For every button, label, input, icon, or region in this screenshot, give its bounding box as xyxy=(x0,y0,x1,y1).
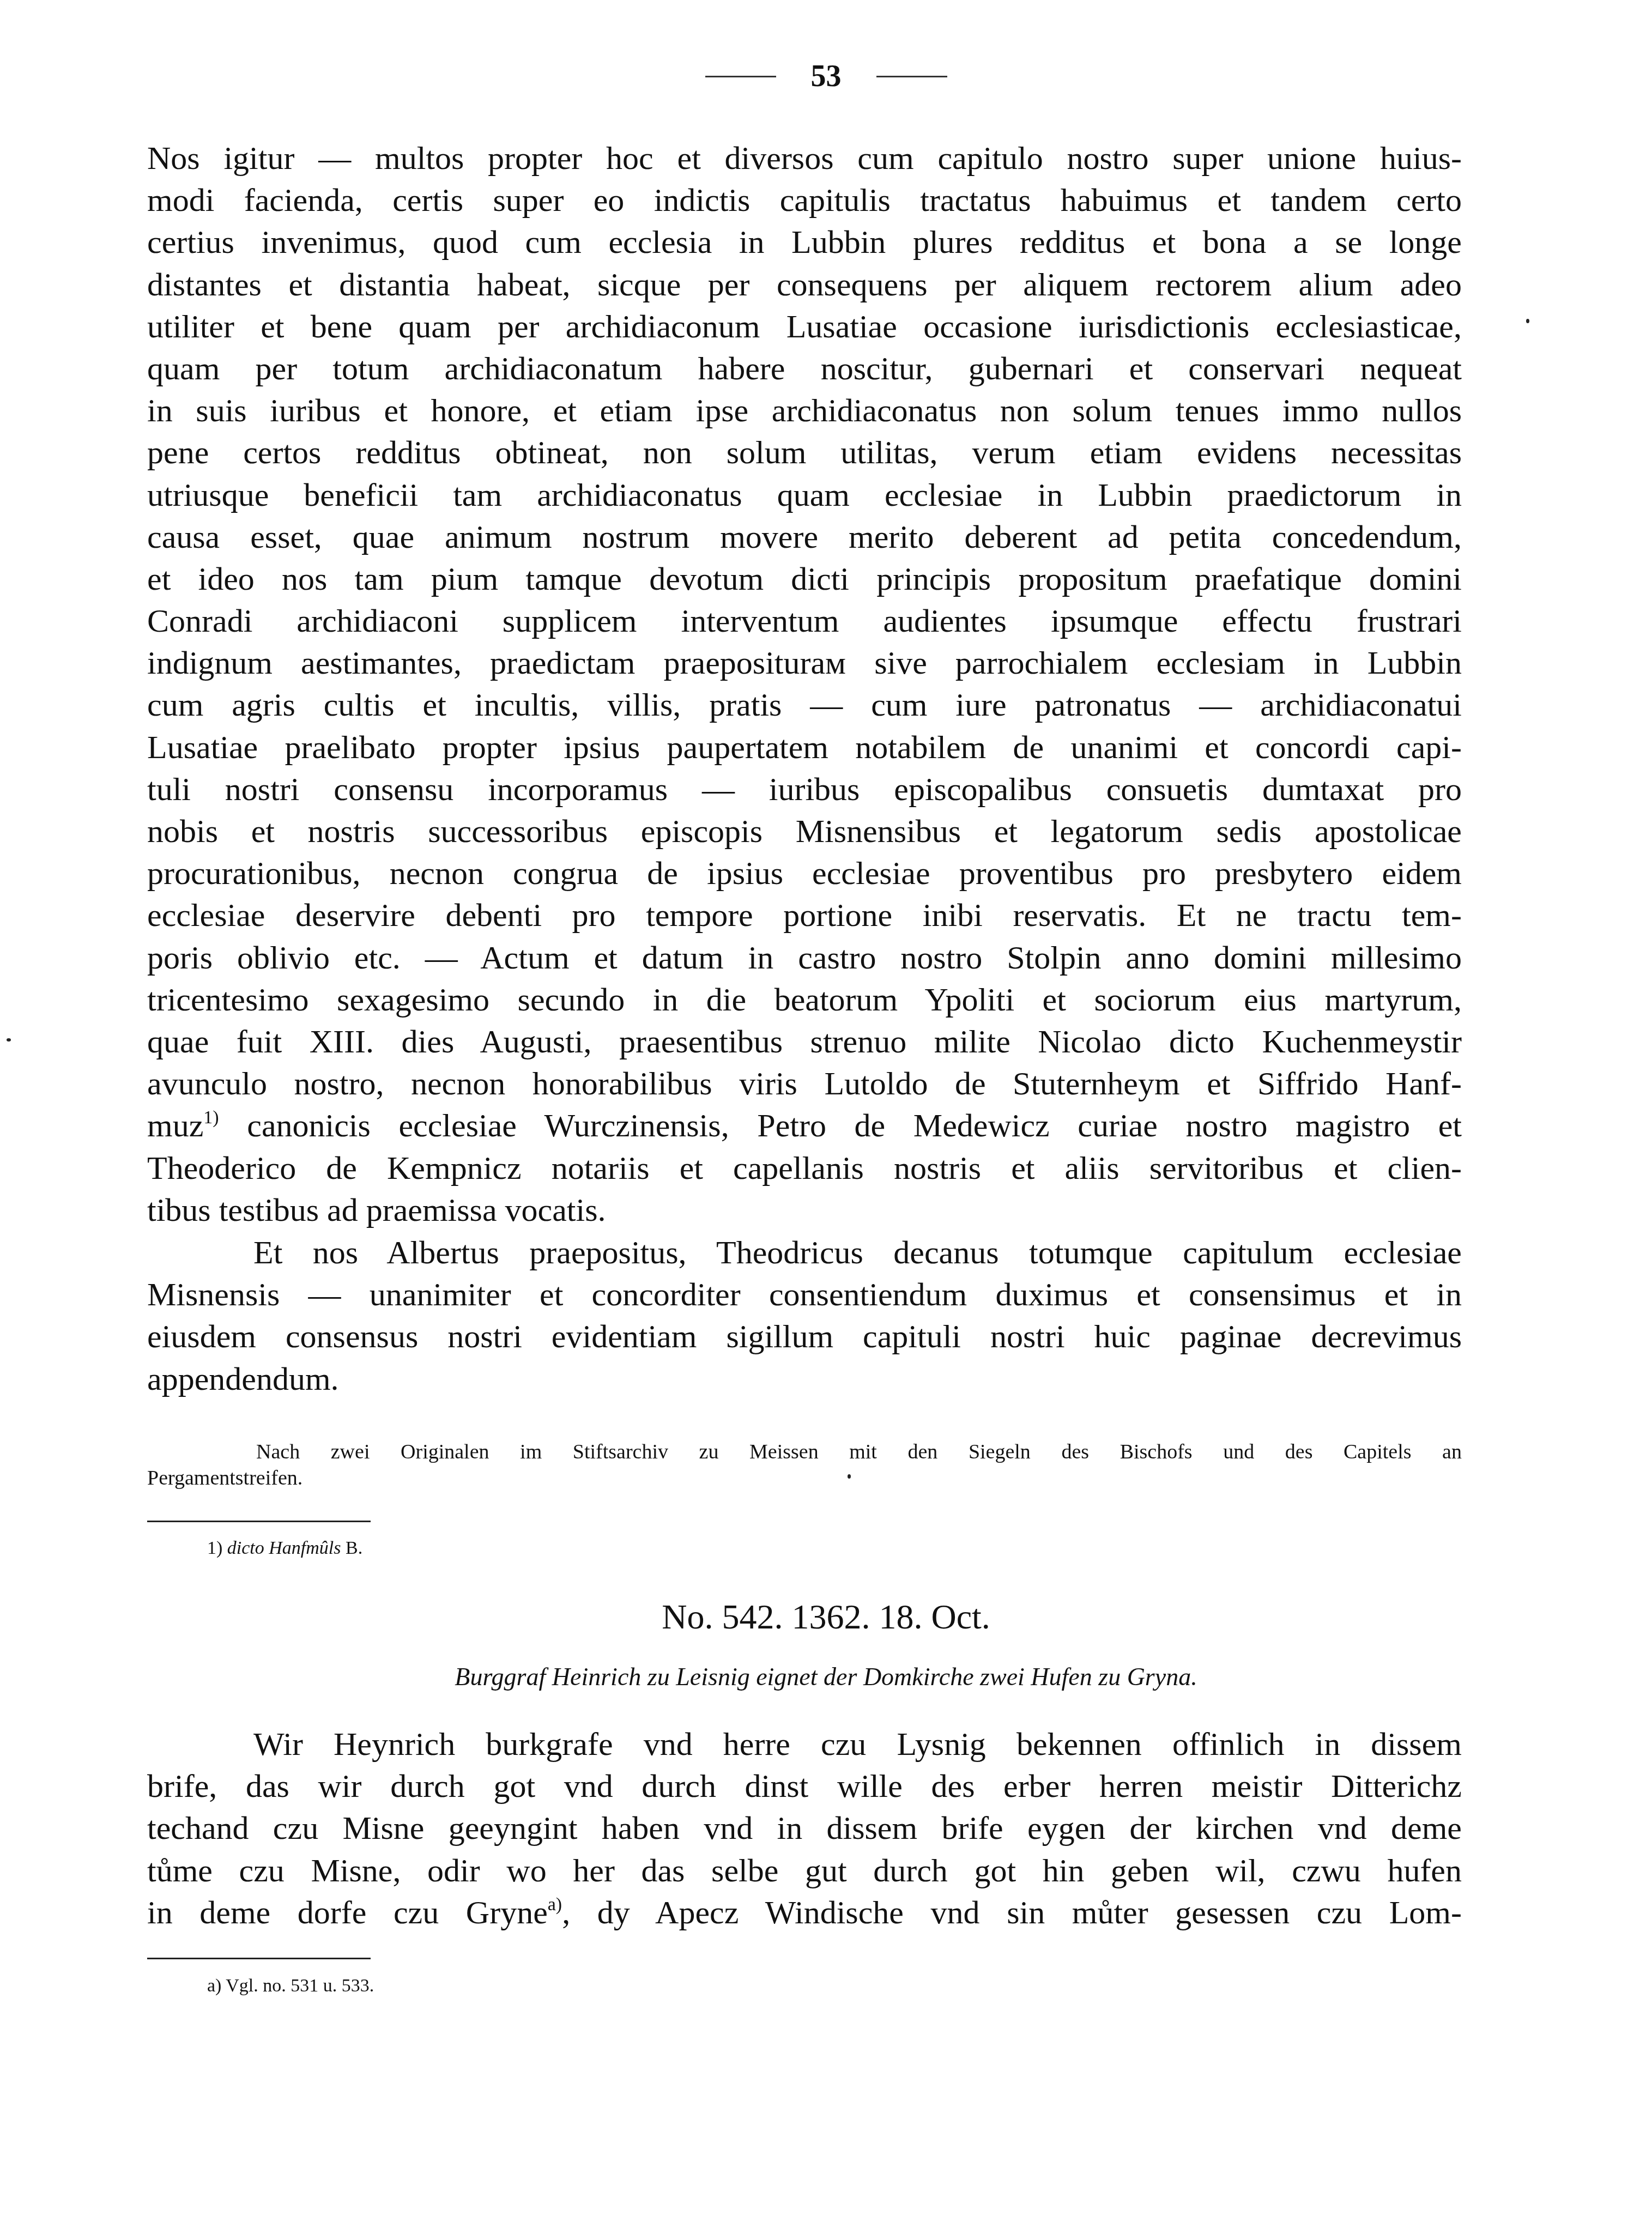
text-line: ecclesiae deservire debenti pro tempore … xyxy=(147,894,1462,936)
footnote-variant: dicto Hanfmûls xyxy=(227,1538,341,1558)
text-line: Misnensis — unanimiter et concorditer co… xyxy=(147,1274,1462,1316)
text-line: Et nos Albertus praepositus, Theodricus … xyxy=(147,1232,1462,1274)
text-line-with-footnote-ref: in deme dorfe czu Grynea), dy Apecz Wind… xyxy=(147,1892,1462,1934)
text-line: quae fuit XIII. dies Augusti, praesentib… xyxy=(147,1021,1462,1063)
text-line: certius invenimus, quod cum ecclesia in … xyxy=(147,221,1462,263)
page-number: 53 xyxy=(811,59,842,93)
text-line: quam per totum archidiaconatum habere no… xyxy=(147,348,1462,390)
text-line: avunculo nostro, necnon honorabilibus vi… xyxy=(147,1063,1462,1105)
charter-heading: No. 542. 1362. 18. Oct. xyxy=(0,1597,1652,1637)
text-line: techand czu Misne geeyngint haben vnd in… xyxy=(147,1807,1462,1849)
text-line: Theoderico de Kempnicz notariis et capel… xyxy=(147,1147,1462,1189)
charter-regest: Burggraf Heinrich zu Leisnig eignet der … xyxy=(0,1662,1652,1691)
text-line: indignum aestimantes, praedictam praepos… xyxy=(147,642,1462,684)
text-line-with-footnote-ref: muz1) canonicis ecclesiae Wurczinensis, … xyxy=(147,1105,1462,1147)
text-line: poris oblivio etc. — Actum et datum in c… xyxy=(147,937,1462,979)
text-line: nobis et nostris successoribus episcopis… xyxy=(147,810,1462,852)
text-line: utriusque beneficii tam archidiaconatus … xyxy=(147,474,1462,516)
footnote-text: Vgl. no. 531 u. 533. xyxy=(221,1976,374,1996)
text-segment: , dy Apecz Windische vnd sin můter geses… xyxy=(562,1894,1462,1930)
footnote-divider xyxy=(147,1521,371,1522)
text-line: procurationibus, necnon congrua de ipsiu… xyxy=(147,852,1462,894)
footnote-a: a) Vgl. no. 531 u. 533. xyxy=(207,1976,374,1996)
text-line: appendendum. xyxy=(147,1358,1462,1400)
text-line: in suis iuribus et honore, et etiam ipse… xyxy=(147,390,1462,432)
footnote-ref-a[interactable]: a) xyxy=(548,1894,562,1915)
running-head: 53 xyxy=(0,59,1652,94)
text-line: cum agris cultis et incultis, villis, pr… xyxy=(147,684,1462,726)
footnote-marker: a) xyxy=(207,1976,221,1996)
scan-speck xyxy=(1526,319,1529,323)
text-line: distantes et distantia habeat, sicque pe… xyxy=(147,264,1462,306)
footnote-divider xyxy=(147,1958,371,1959)
footnote-marker: 1) xyxy=(207,1538,222,1558)
text-line: brife, das wir durch got vnd durch dinst… xyxy=(147,1765,1462,1807)
text-line: tůme czu Misne, odir wo her das selbe gu… xyxy=(147,1850,1462,1892)
text-line: modi facienda, certis super eo indictis … xyxy=(147,179,1462,221)
text-line: et ideo nos tam pium tamque devotum dict… xyxy=(147,558,1462,600)
text-line: tibus testibus ad praemissa vocatis. xyxy=(147,1189,1462,1231)
text-line: causa esset, quae animum nostrum movere … xyxy=(147,516,1462,558)
header-rule-right xyxy=(876,76,947,77)
text-line: pene certos redditus obtineat, non solum… xyxy=(147,432,1462,474)
charter-541-paragraph-2: Et nos Albertus praepositus, Theodricus … xyxy=(147,1232,1462,1400)
charter-542-text: Wir Heynrich burkgrafe vnd herre czu Lys… xyxy=(147,1723,1462,1934)
text-line: Conradi archidiaconi supplicem intervent… xyxy=(147,600,1462,642)
book-page: 53 Nos igitur — multos propter hoc et di… xyxy=(0,0,1652,2216)
text-segment: canonicis ecclesiae Wurczinensis, Petro … xyxy=(219,1107,1462,1143)
text-segment: in deme dorfe czu Gryne xyxy=(147,1894,548,1930)
text-line: utiliter et bene quam per archidiaconum … xyxy=(147,306,1462,348)
footnote-siglum: B. xyxy=(341,1538,363,1558)
header-rule-left xyxy=(705,76,776,77)
text-line: Nos igitur — multos propter hoc et diver… xyxy=(147,137,1462,179)
scan-speck xyxy=(7,1038,11,1042)
source-note-line: Nach zwei Originalen im Stiftsarchiv zu … xyxy=(147,1439,1462,1465)
scan-speck xyxy=(848,1474,851,1479)
text-line: eiusdem consensus nostri evidentiam sigi… xyxy=(147,1316,1462,1358)
footnote-ref-1[interactable]: 1) xyxy=(203,1107,219,1128)
text-segment: muz xyxy=(147,1107,203,1143)
footnote-1: 1) dicto Hanfmûls B. xyxy=(207,1538,362,1559)
text-line: tricentesimo sexagesimo secundo in die b… xyxy=(147,979,1462,1021)
text-line: tuli nostri consensu incorporamus — iuri… xyxy=(147,768,1462,810)
source-note: Nach zwei Originalen im Stiftsarchiv zu … xyxy=(147,1439,1462,1491)
source-note-line: Pergamentstreifen. xyxy=(147,1465,1462,1491)
text-line: Wir Heynrich burkgrafe vnd herre czu Lys… xyxy=(147,1723,1462,1765)
charter-541-paragraph-1: Nos igitur — multos propter hoc et diver… xyxy=(147,137,1462,1231)
text-line: Lusatiae praelibato propter ipsius paupe… xyxy=(147,726,1462,768)
